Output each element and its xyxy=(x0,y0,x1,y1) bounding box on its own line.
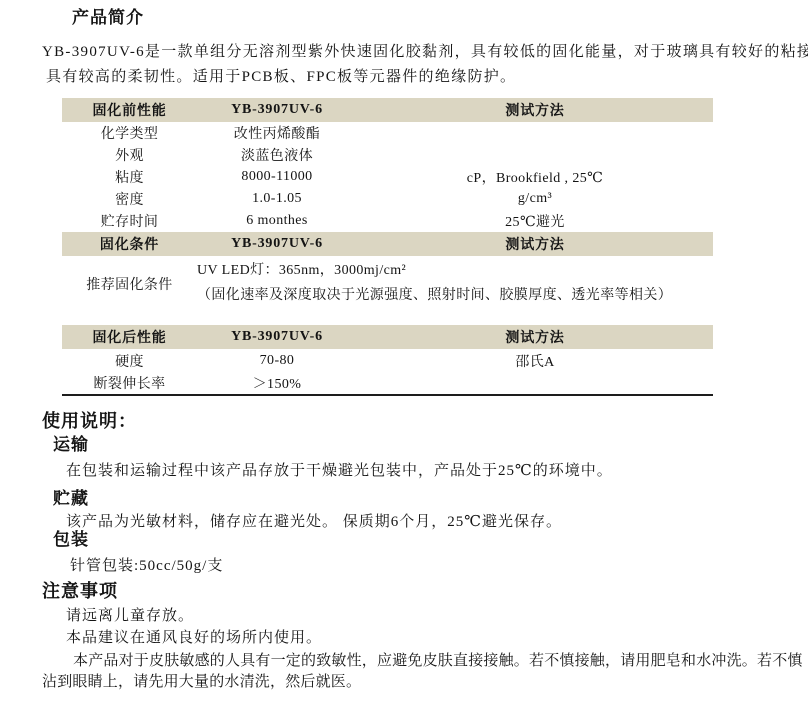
table-header-row: 固化条件 YB-3907UV-6 测试方法 xyxy=(62,232,713,256)
table-row: 贮存时间 6 monthes 25℃避光 xyxy=(62,210,713,232)
property-cell: 化学类型 xyxy=(62,122,197,144)
header-cell-property: 固化后性能 xyxy=(62,325,197,349)
precaution-line: 请远离儿童存放。 xyxy=(66,607,808,625)
table-row: 密度 1.0-1.05 g/cm³ xyxy=(62,188,713,210)
value-cell: 1.0-1.05 xyxy=(197,188,357,210)
header-cell-product: YB-3907UV-6 xyxy=(197,98,357,122)
value-cell: 改性丙烯酸酯 xyxy=(197,122,357,144)
value-cell: 8000-11000 xyxy=(197,166,357,188)
cure-condition-cell: UV LED灯：365nm，3000mj/cm² （固化速率及深度取决于光源强度… xyxy=(197,256,713,312)
table-row: 粘度 8000-11000 cP，Brookfield , 25℃ xyxy=(62,166,713,188)
section-title-packaging: 包装 xyxy=(53,531,808,549)
method-cell xyxy=(357,144,713,166)
table-row: 外观 淡蓝色液体 xyxy=(62,144,713,166)
table-header-row: 固化前性能 YB-3907UV-6 测试方法 xyxy=(62,98,713,122)
property-cell: 推荐固化条件 xyxy=(62,256,197,312)
header-cell-method: 测试方法 xyxy=(357,98,713,122)
table-row: 推荐固化条件 UV LED灯：365nm，3000mj/cm² （固化速率及深度… xyxy=(62,256,713,312)
section-title-transport: 运输 xyxy=(53,436,808,454)
transport-text: 在包装和运输过程中该产品存放于干燥避光包装中，产品处于25℃的环境中。 xyxy=(66,462,808,480)
cure-conditions-table: 固化条件 YB-3907UV-6 测试方法 推荐固化条件 UV LED灯：365… xyxy=(62,232,713,312)
pre-cure-properties-table: 固化前性能 YB-3907UV-6 测试方法 化学类型 改性丙烯酸酯 外观 淡蓝… xyxy=(62,98,713,232)
table-row: 硬度 70-80 邵氏A xyxy=(62,349,713,372)
value-cell: 6 monthes xyxy=(197,210,357,232)
property-cell: 外观 xyxy=(62,144,197,166)
usage-instructions-heading: 使用说明： xyxy=(42,411,808,431)
storage-text: 该产品为光敏材料，储存应在避光处。 保质期6个月，25℃避光保存。 xyxy=(66,513,808,531)
intro-line: 具有较高的柔韧性。适用于PCB板、FPC板等元器件的绝缘防护。 xyxy=(42,65,772,90)
precaution-line: 本品建议在通风良好的场所内使用。 xyxy=(66,629,808,647)
caution-line: 本产品对于皮肤敏感的人具有一定的致敏性，应避免皮肤直接接触。若不慎接触，请用肥皂… xyxy=(42,651,808,672)
table-row: 断裂伸长率 ＞150% xyxy=(62,372,713,395)
property-cell: 密度 xyxy=(62,188,197,210)
method-cell: 25℃避光 xyxy=(357,210,713,232)
property-cell: 硬度 xyxy=(62,349,197,372)
value-cell: 淡蓝色液体 xyxy=(197,144,357,166)
header-cell-property: 固化条件 xyxy=(62,232,197,256)
intro-line: YB-3907UV-6是一款单组分无溶剂型紫外快速固化胶黏剂，具有较低的固化能量… xyxy=(42,40,772,65)
datasheet-page: 产品简介 YB-3907UV-6是一款单组分无溶剂型紫外快速固化胶黏剂，具有较低… xyxy=(0,8,808,724)
precautions-heading: 注意事项 xyxy=(42,581,808,601)
property-cell: 断裂伸长率 xyxy=(62,372,197,395)
property-cell: 粘度 xyxy=(62,166,197,188)
method-cell xyxy=(357,122,713,144)
cure-condition-line: UV LED灯：365nm，3000mj/cm² xyxy=(197,258,713,283)
value-cell: 70-80 xyxy=(197,349,357,372)
value-cell: ＞150% xyxy=(197,372,357,395)
method-cell: g/cm³ xyxy=(357,188,713,210)
caution-line: 沾到眼睛上，请先用大量的水清洗，然后就医。 xyxy=(42,672,808,693)
header-cell-product: YB-3907UV-6 xyxy=(197,325,357,349)
header-cell-property: 固化前性能 xyxy=(62,98,197,122)
method-cell: cP，Brookfield , 25℃ xyxy=(357,166,713,188)
property-cell: 贮存时间 xyxy=(62,210,197,232)
section-title-storage: 贮藏 xyxy=(53,490,808,508)
cure-condition-line: （固化速率及深度取决于光源强度、照射时间、胶膜厚度、透光率等相关） xyxy=(197,283,713,308)
table-row: 化学类型 改性丙烯酸酯 xyxy=(62,122,713,144)
skin-caution-paragraph: 本产品对于皮肤敏感的人具有一定的致敏性，应避免皮肤直接接触。若不慎接触，请用肥皂… xyxy=(42,651,808,693)
post-cure-properties-table: 固化后性能 YB-3907UV-6 测试方法 硬度 70-80 邵氏A 断裂伸长… xyxy=(62,325,713,396)
table-header-row: 固化后性能 YB-3907UV-6 测试方法 xyxy=(62,325,713,349)
method-cell: 邵氏A xyxy=(357,349,713,372)
method-cell xyxy=(357,372,713,395)
intro-paragraph: YB-3907UV-6是一款单组分无溶剂型紫外快速固化胶黏剂，具有较低的固化能量… xyxy=(42,40,772,90)
page-title: 产品简介 xyxy=(72,8,808,28)
header-cell-method: 测试方法 xyxy=(357,232,713,256)
packaging-text: 针管包装:50cc/50g/支 xyxy=(70,557,808,575)
header-cell-method: 测试方法 xyxy=(357,325,713,349)
header-cell-product: YB-3907UV-6 xyxy=(197,232,357,256)
